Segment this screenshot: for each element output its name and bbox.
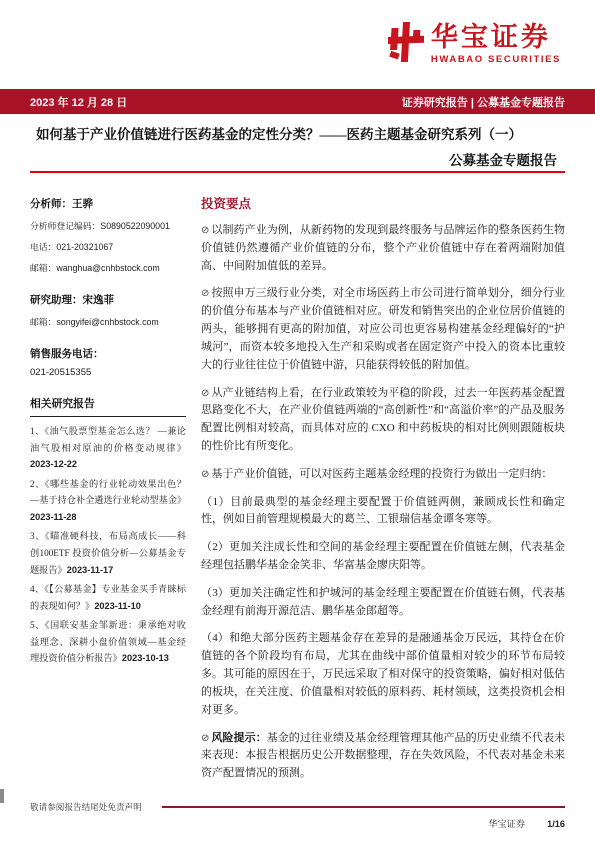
paragraph-text: 以制药产业为例，从新药物的发现到最终服务与品牌运作的整条医药生物价值链仍然遵循产… <box>201 224 565 272</box>
investment-paragraph: ⊘以制药产业为例，从新药物的发现到最终服务与品牌运作的整条医药生物价值链仍然遵循… <box>201 222 565 275</box>
sales-heading: 销售服务电话： <box>30 346 186 361</box>
footer-brand: 华宝证券 <box>488 816 525 830</box>
related-item-date: 2023-11-17 <box>67 565 114 575</box>
scan-artifact <box>0 789 4 803</box>
related-item-date: 2023-11-28 <box>30 512 77 522</box>
assistant-heading: 研究助理：宋逸菲 <box>30 292 186 307</box>
bullet-icon: ⊘ <box>201 225 209 236</box>
investment-paragraph-list: ⊘以制药产业为例，从新药物的发现到最终服务与品牌运作的整条医药生物价值链仍然遵循… <box>201 222 565 783</box>
contact-value: S0890522090001 <box>100 221 169 231</box>
sidebar: 分析师：王骅 分析师登记编码：S0890522090001 电话：021-203… <box>30 186 186 793</box>
footer-right: 华宝证券 1/16 <box>488 816 565 830</box>
investment-paragraph: ⊘按照申万三级行业分类，对全市场医药上市公司进行简单划分，细分行业的价值分布基本… <box>201 285 565 374</box>
paragraph-text: 按照申万三级行业分类，对全市场医药上市公司进行简单划分，细分行业的价值分布基本与… <box>201 287 565 370</box>
paragraph-text: 从产业链结构上看，在行业政策较为平稳的阶段，过去一年医药基金配置思路变化不大，在… <box>201 387 565 452</box>
assistant-block: 研究助理：宋逸菲 邮箱：songyifei@cnhbstock.com <box>30 292 186 328</box>
analyst-block: 分析师：王骅 分析师登记编码：S0890522090001 电话：021-203… <box>30 196 186 274</box>
sales-phone: 021-20515355 <box>30 367 186 378</box>
related-research-heading: 相关研究报告 <box>30 396 186 417</box>
contact-label: 邮箱： <box>30 263 56 273</box>
paragraph-text: （3）更加关注确定性和护城河的基金经理主要配置在价值链右侧，代表基金经理有前海开… <box>201 587 565 617</box>
analyst-heading: 分析师：王骅 <box>30 196 186 211</box>
investment-paragraph: （1）目前最典型的基金经理主要配置于价值链两侧，兼顾成长性和确定性，例如目前管理… <box>201 494 565 530</box>
investment-paragraph: ⊘基于产业价值链，可以对医药主题基金经理的投资行为做出一定归纳： <box>201 466 565 484</box>
assistant-contact-list: 邮箱：songyifei@cnhbstock.com <box>30 315 186 328</box>
brand-name: 华宝证券 HWABAO SECURITIES <box>431 24 561 65</box>
investment-paragraph: ⊘从产业链结构上看，在行业政策较为平稳的阶段，过去一年医药基金配置思路变化不大，… <box>201 385 565 456</box>
analyst-contact-list: 分析师登记编码：S0890522090001 电话：021-20321067 邮… <box>30 219 186 274</box>
contact-value: songyifei@cnhbstock.com <box>56 317 158 327</box>
investment-paragraph: （4）和绝大部分医药主题基金存在差异的是融通基金万民远，其持仓在价值链的各个阶段… <box>201 630 565 719</box>
related-item-title: 2、《哪些基金的行业轮动效果出色？—基于持仓补全遴选行业轮动型基金》 <box>30 479 186 506</box>
paragraph-text: （1）目前最典型的基金经理主要配置于价值链两侧，兼顾成长性和确定性，例如目前管理… <box>201 496 565 526</box>
contact-label: 分析师登记编码： <box>30 221 100 231</box>
related-item-date: 2023-10-13 <box>122 653 169 663</box>
contact-line: 邮箱：songyifei@cnhbstock.com <box>30 315 186 328</box>
bullet-icon: ⊘ <box>201 388 209 399</box>
bullet-icon: ⊘ <box>201 733 209 744</box>
brand-name-en: HWABAO SECURITIES <box>431 54 561 65</box>
investment-highlights-heading: 投资要点 <box>201 194 565 212</box>
related-research-item: 3、《瞄准硬科技，布局高成长——科创100ETF 投资价值分析—公募基金专题报告… <box>30 528 186 578</box>
report-subtitle: 公募基金专题报告 <box>449 149 557 169</box>
bullet-icon: ⊘ <box>201 469 209 480</box>
content-area: 分析师：王骅 分析师登记编码：S0890522090001 电话：021-203… <box>30 186 565 793</box>
report-date: 2023 年 12 月 28 日 <box>30 94 127 110</box>
sales-block: 销售服务电话： 021-20515355 <box>30 346 186 378</box>
bullet-icon: ⊘ <box>201 288 209 299</box>
report-banner: 2023 年 12 月 28 日 证券研究报告 | 公募基金专题报告 <box>0 89 595 114</box>
contact-value: 021-20321067 <box>56 242 113 252</box>
contact-line: 电话：021-20321067 <box>30 240 186 253</box>
paragraph-text: 基于产业价值链，可以对医药主题基金经理的投资行为做出一定归纳： <box>211 468 552 480</box>
contact-line: 邮箱：wanghua@cnhbstock.com <box>30 261 186 274</box>
brand-name-cn: 华宝证券 <box>431 24 551 51</box>
contact-label: 邮箱： <box>30 317 56 327</box>
related-research-block: 相关研究报告 1、《油气股票型基金怎么选？ —兼论油气股相对原油的价格变动规律》… <box>30 396 186 667</box>
report-category: 证券研究报告 | 公募基金专题报告 <box>402 94 565 110</box>
brand-logo: 华宝证券 HWABAO SECURITIES <box>388 22 561 66</box>
related-research-item: 1、《油气股票型基金怎么选？ —兼论油气股相对原油的价格变动规律》2023-12… <box>30 423 186 473</box>
investment-highlights: 投资要点 ⊘以制药产业为例，从新药物的发现到最终服务与品牌运作的整条医药生物价值… <box>201 186 565 793</box>
related-item-date: 2023-11-10 <box>94 601 141 611</box>
footer-disclaimer: 敬请参阅报告结尾处免责声明 <box>30 801 142 813</box>
investment-paragraph: （3）更加关注确定性和护城河的基金经理主要配置在价值链右侧，代表基金经理有前海开… <box>201 585 565 621</box>
report-title: 如何基于产业价值链进行医药基金的定性分类？——医药主题基金研究系列（一） <box>36 123 561 143</box>
footer-page-number: 1/16 <box>547 819 565 829</box>
investment-paragraph: ⊘风险提示：基金的过往业绩及基金经理管理其他产品的历史业绩不代表未来表现：本报告… <box>201 730 565 783</box>
related-research-item: 2、《哪些基金的行业轮动效果出色？—基于持仓补全遴选行业轮动型基金》2023-1… <box>30 476 186 526</box>
contact-value: wanghua@cnhbstock.com <box>56 263 159 273</box>
paragraph-text: （2）更加关注成长性和空间的基金经理主要配置在价值链左侧，代表基金经理包括鹏华基… <box>201 541 565 571</box>
hwabao-logo-icon <box>388 22 424 66</box>
paragraph-text: （4）和绝大部分医药主题基金存在差异的是融通基金万民远，其持仓在价值链的各个阶段… <box>201 632 565 715</box>
report-page: 华宝证券 HWABAO SECURITIES 2023 年 12 月 28 日 … <box>0 0 595 841</box>
contact-line: 分析师登记编码：S0890522090001 <box>30 219 186 232</box>
contact-label: 电话： <box>30 242 56 252</box>
investment-paragraph: （2）更加关注成长性和空间的基金经理主要配置在价值链左侧，代表基金经理包括鹏华基… <box>201 539 565 575</box>
related-item-date: 2023-12-22 <box>30 459 77 469</box>
footer-divider <box>162 806 565 808</box>
related-item-title: 1、《油气股票型基金怎么选？ —兼论油气股相对原油的价格变动规律》 <box>30 426 186 453</box>
related-research-item: 4、《【公募基金】专业基金买手青睐标的表现如何？》2023-11-10 <box>30 581 186 614</box>
title-divider <box>30 171 565 173</box>
related-research-list: 1、《油气股票型基金怎么选？ —兼论油气股相对原油的价格变动规律》2023-12… <box>30 423 186 667</box>
paragraph-bold-lead: 风险提示： <box>211 732 266 744</box>
related-research-item: 5、《国联安基金邹新进：秉承绝对收益理念、深耕小盘价值领域—基金经理投资价值分析… <box>30 617 186 667</box>
